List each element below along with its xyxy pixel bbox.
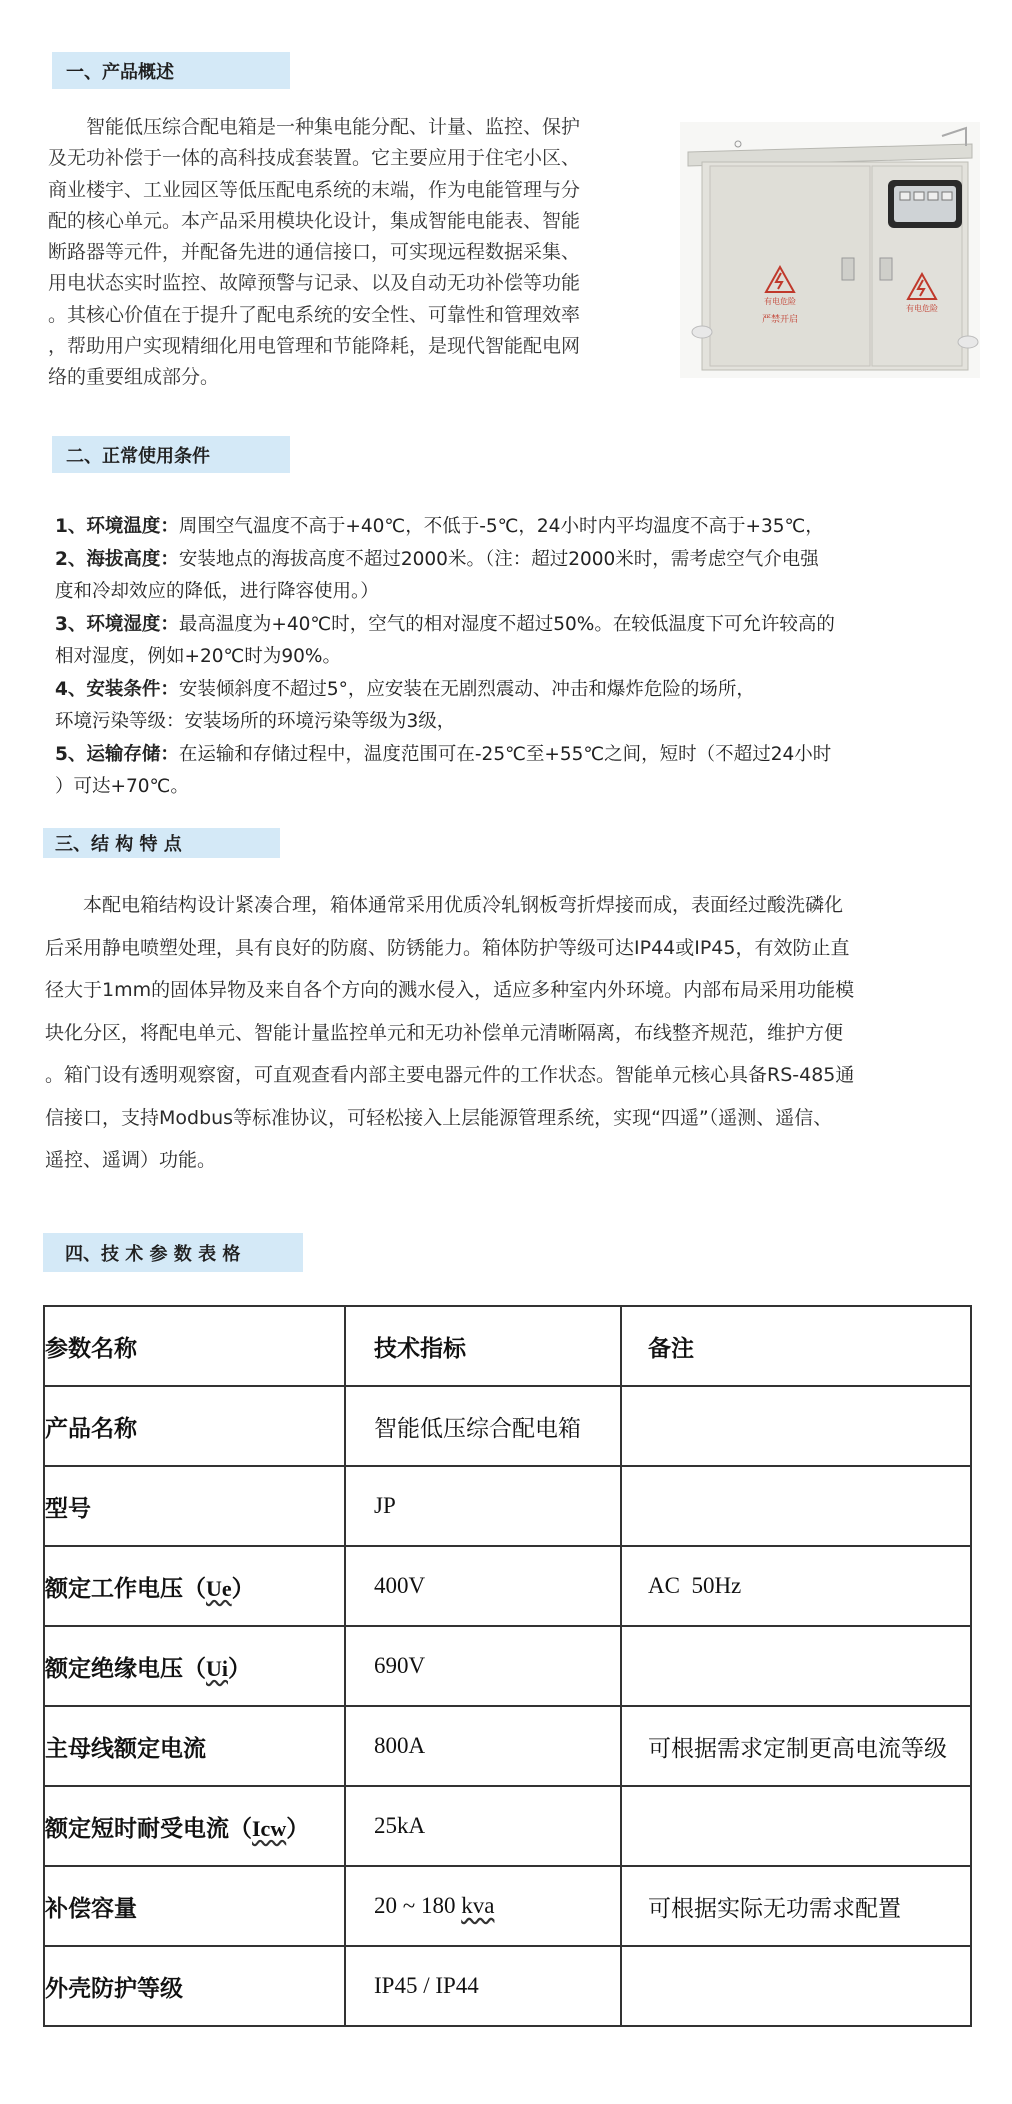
param-name-end: ） bbox=[286, 1816, 309, 1842]
param-name-end: ） bbox=[228, 1656, 251, 1682]
param-note bbox=[621, 1386, 971, 1466]
header-cell-name: 参数名称 bbox=[44, 1306, 345, 1386]
paragraph-line: 径大于1mm的固体异物及来自各个方向的溅水侵入，适应多种室内外环境。内部布局采用… bbox=[45, 969, 945, 1012]
condition-text: 周围空气温度不高于+40℃，不低于-5℃，24小时内平均温度不高于+35℃， bbox=[179, 516, 824, 537]
condition-text: 安装倾斜度不超过5°，应安装在无剧烈震动、冲击和爆炸危险的场所， bbox=[179, 679, 755, 700]
param-name: 主母线额定电流 bbox=[44, 1706, 345, 1786]
section-header-structure: 三、结 构 特 点 bbox=[43, 828, 280, 858]
param-name-text: 额定工作电压（ bbox=[45, 1576, 206, 1602]
warning-label: 有电危险 bbox=[906, 303, 938, 313]
paragraph-line: 本配电箱结构设计紧凑合理，箱体通常采用优质冷轧钢板弯折焊接而成，表面经过酸洗磷化 bbox=[45, 884, 945, 927]
condition-line: ）可达+70℃。 bbox=[55, 771, 955, 804]
condition-text: ）可达+70℃。 bbox=[55, 776, 189, 797]
header-cell-note: 备注 bbox=[621, 1306, 971, 1386]
condition-line: 度和冷却效应的降低，进行降容使用。） bbox=[55, 576, 955, 609]
paragraph-line: 及无功补偿于一体的高科技成套装置。它主要应用于住宅小区、 bbox=[48, 143, 648, 174]
conditions-list: 1、环境温度：周围空气温度不高于+40℃，不低于-5℃，24小时内平均温度不高于… bbox=[55, 511, 955, 804]
condition-label: 5、运输存储： bbox=[55, 744, 179, 765]
condition-line: 3、环境湿度：最高温度为+40℃时，空气的相对湿度不超过50%。在较低温度下可允… bbox=[55, 609, 955, 642]
paragraph-line: 断路器等元件，并配备先进的通信接口，可实现远程数据采集、 bbox=[48, 237, 648, 268]
overview-paragraph: 智能低压综合配电箱是一种集电能分配、计量、监控、保护 及无功补偿于一体的高科技成… bbox=[48, 112, 648, 394]
condition-text: 相对湿度，例如+20℃时为90%。 bbox=[55, 646, 341, 667]
product-photo: 有电危险 有电危险 严禁开启 bbox=[680, 122, 980, 378]
param-name-text: 额定绝缘电压（ bbox=[45, 1656, 206, 1682]
table-row: 产品名称 智能低压综合配电箱 bbox=[44, 1386, 971, 1466]
param-name-end: ） bbox=[232, 1576, 255, 1602]
condition-line: 环境污染等级：安装场所的环境污染等级为3级， bbox=[55, 706, 955, 739]
param-note: 可根据需求定制更高电流等级 bbox=[621, 1706, 971, 1786]
condition-line: 4、安装条件：安装倾斜度不超过5°，应安装在无剧烈震动、冲击和爆炸危险的场所， bbox=[55, 674, 955, 707]
structure-paragraph: 本配电箱结构设计紧凑合理，箱体通常采用优质冷轧钢板弯折焊接而成，表面经过酸洗磷化… bbox=[45, 884, 945, 1182]
paragraph-line: 后采用静电喷塑处理，具有良好的防腐、防锈能力。箱体防护等级可达IP44或IP45… bbox=[45, 927, 945, 970]
door-warning-text: 严禁开启 bbox=[762, 313, 798, 325]
paragraph-line: 用电状态实时监控、故障预警与记录、以及自动无功补偿等功能 bbox=[48, 268, 648, 299]
param-abbr: Icw bbox=[252, 1816, 286, 1841]
param-note: AC 50Hz bbox=[621, 1546, 971, 1626]
condition-text: 度和冷却效应的降低，进行降容使用。） bbox=[55, 581, 379, 602]
param-abbr: Ui bbox=[206, 1656, 228, 1681]
condition-label: 2、海拔高度： bbox=[55, 549, 179, 570]
param-unit: kva bbox=[461, 1893, 494, 1918]
section-title: 一、产品概述 bbox=[66, 58, 174, 84]
param-name: 补偿容量 bbox=[44, 1866, 345, 1946]
table-row: 额定工作电压（Ue） 400V AC 50Hz bbox=[44, 1546, 971, 1626]
param-note bbox=[621, 1466, 971, 1546]
param-value: 800A bbox=[345, 1706, 621, 1786]
param-value: JP bbox=[345, 1466, 621, 1546]
paragraph-line: 。箱门设有透明观察窗，可直观查看内部主要电器元件的工作状态。智能单元核心具备RS… bbox=[45, 1054, 945, 1097]
condition-text: 最高温度为+40℃时，空气的相对湿度不超过50%。在较低温度下可允许较高的 bbox=[179, 614, 835, 635]
param-value-text: 20 ~ 180 bbox=[374, 1893, 461, 1918]
table-header-row: 参数名称 技术指标 备注 bbox=[44, 1306, 971, 1386]
spec-table: 参数名称 技术指标 备注 产品名称 智能低压综合配电箱 型号 JP 额定工作电压… bbox=[43, 1305, 972, 2027]
paragraph-line: 信接口，支持Modbus等标准协议，可轻松接入上层能源管理系统，实现“四遥”（遥… bbox=[45, 1097, 945, 1140]
param-name: 额定工作电压（Ue） bbox=[44, 1546, 345, 1626]
section-title: 四、技 术 参 数 表 格 bbox=[65, 1240, 240, 1266]
param-note bbox=[621, 1626, 971, 1706]
condition-line: 相对湿度，例如+20℃时为90%。 bbox=[55, 641, 955, 674]
param-name: 额定绝缘电压（Ui） bbox=[44, 1626, 345, 1706]
param-note bbox=[621, 1946, 971, 2026]
param-value: 25kA bbox=[345, 1786, 621, 1866]
table-row: 额定短时耐受电流（Icw） 25kA bbox=[44, 1786, 971, 1866]
param-value: 690V bbox=[345, 1626, 621, 1706]
param-name-text: 额定短时耐受电流（ bbox=[45, 1816, 252, 1842]
param-abbr: Ue bbox=[206, 1576, 232, 1601]
param-note bbox=[621, 1786, 971, 1866]
condition-label: 3、环境湿度： bbox=[55, 614, 179, 635]
condition-text: 在运输和存储过程中，温度范围可在-25℃至+55℃之间，短时（不超过24小时 bbox=[179, 744, 831, 765]
param-name: 外壳防护等级 bbox=[44, 1946, 345, 2026]
paragraph-line: 遥控、遥调）功能。 bbox=[45, 1139, 945, 1182]
param-value: IP45 / IP44 bbox=[345, 1946, 621, 2026]
param-note: 可根据实际无功需求配置 bbox=[621, 1866, 971, 1946]
table-row: 额定绝缘电压（Ui） 690V bbox=[44, 1626, 971, 1706]
table-row: 外壳防护等级 IP45 / IP44 bbox=[44, 1946, 971, 2026]
condition-label: 4、安装条件： bbox=[55, 679, 179, 700]
table-row: 补偿容量 20 ~ 180 kva 可根据实际无功需求配置 bbox=[44, 1866, 971, 1946]
table-row: 主母线额定电流 800A 可根据需求定制更高电流等级 bbox=[44, 1706, 971, 1786]
warning-label: 有电危险 bbox=[764, 296, 796, 306]
section-title: 三、结 构 特 点 bbox=[55, 830, 182, 856]
condition-text: 安装地点的海拔高度不超过2000米。（注：超过2000米时，需考虑空气介电强 bbox=[179, 549, 819, 570]
paragraph-line: 络的重要组成部分。 bbox=[48, 362, 648, 393]
table-row: 型号 JP bbox=[44, 1466, 971, 1546]
paragraph-line: 块化分区，将配电单元、智能计量监控单元和无功补偿单元清晰隔离，布线整齐规范，维护… bbox=[45, 1012, 945, 1055]
paragraph-line: 商业楼宇、工业园区等低压配电系统的末端，作为电能管理与分 bbox=[48, 175, 648, 206]
condition-line: 5、运输存储：在运输和存储过程中，温度范围可在-25℃至+55℃之间，短时（不超… bbox=[55, 739, 955, 772]
condition-text: 环境污染等级：安装场所的环境污染等级为3级， bbox=[55, 711, 455, 732]
section-title: 二、正常使用条件 bbox=[66, 442, 210, 468]
condition-label: 1、环境温度： bbox=[55, 516, 179, 537]
param-name: 额定短时耐受电流（Icw） bbox=[44, 1786, 345, 1866]
param-value: 400V bbox=[345, 1546, 621, 1626]
section-header-conditions: 二、正常使用条件 bbox=[52, 436, 290, 473]
paragraph-line: ，帮助用户实现精细化用电管理和节能降耗，是现代智能配电网 bbox=[48, 331, 648, 362]
paragraph-line: 智能低压综合配电箱是一种集电能分配、计量、监控、保护 bbox=[48, 112, 648, 143]
condition-line: 1、环境温度：周围空气温度不高于+40℃，不低于-5℃，24小时内平均温度不高于… bbox=[55, 511, 955, 544]
paragraph-line: 配的核心单元。本产品采用模块化设计，集成智能电能表、智能 bbox=[48, 206, 648, 237]
paragraph-line: 。其核心价值在于提升了配电系统的安全性、可靠性和管理效率 bbox=[48, 300, 648, 331]
condition-line: 2、海拔高度：安装地点的海拔高度不超过2000米。（注：超过2000米时，需考虑… bbox=[55, 544, 955, 577]
param-value: 20 ~ 180 kva bbox=[345, 1866, 621, 1946]
header-cell-value: 技术指标 bbox=[345, 1306, 621, 1386]
section-header-overview: 一、产品概述 bbox=[52, 52, 290, 89]
distribution-box-illustration: 有电危险 有电危险 严禁开启 bbox=[680, 122, 980, 378]
section-header-specs: 四、技 术 参 数 表 格 bbox=[43, 1233, 303, 1272]
param-name: 型号 bbox=[44, 1466, 345, 1546]
param-name: 产品名称 bbox=[44, 1386, 345, 1466]
param-value: 智能低压综合配电箱 bbox=[345, 1386, 621, 1466]
